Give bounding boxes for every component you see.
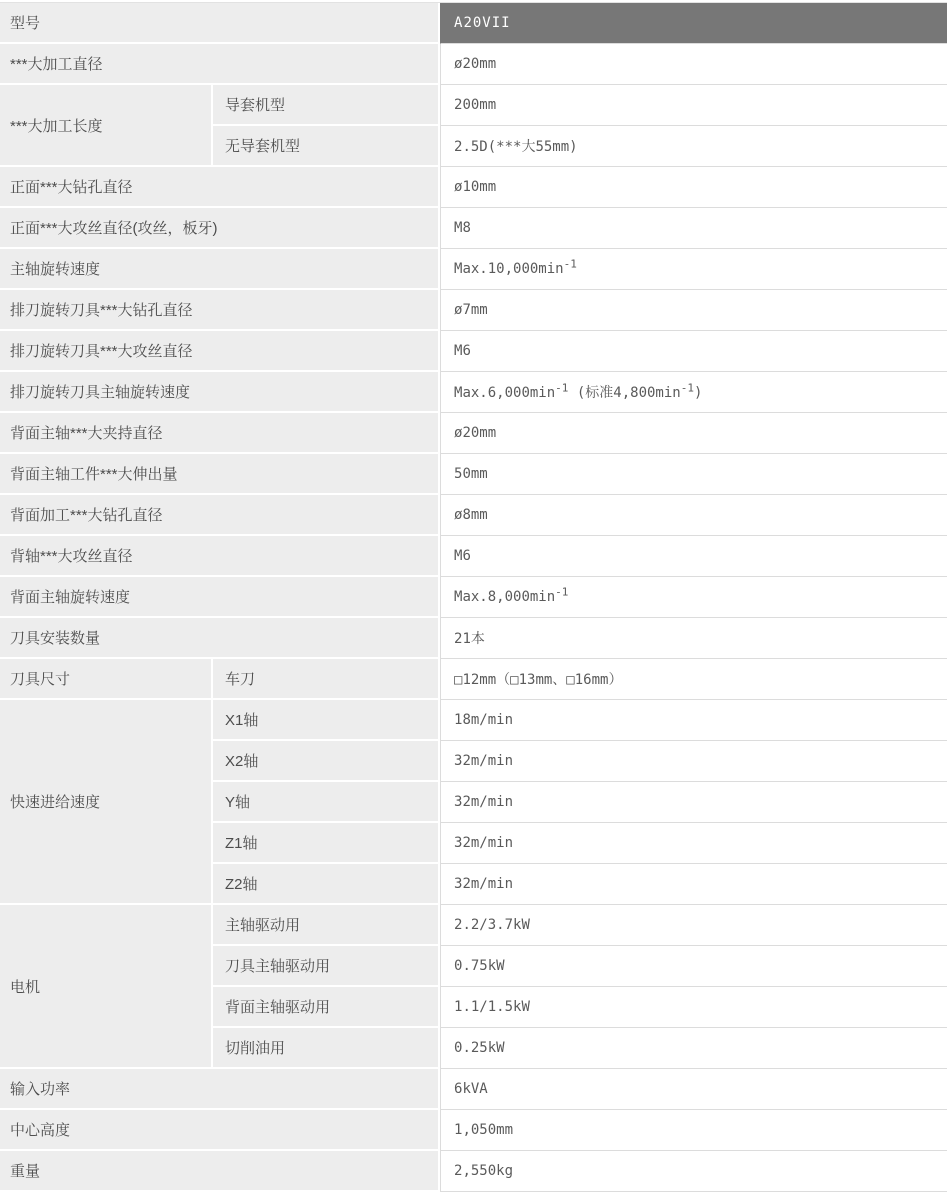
row-value: 32m/min — [440, 823, 947, 864]
row-label: 背轴***大攻丝直径 — [0, 536, 440, 577]
table-row: 正面***大钻孔直径ø10mm — [0, 167, 947, 208]
row-label: ***大加工直径 — [0, 44, 440, 85]
row-value: □12mm（□13mm、□16mm） — [440, 659, 947, 700]
spec-table: 型号A20VII***大加工直径ø20mm***大加工长度导套机型200mm无导… — [0, 2, 947, 1192]
table-row: 排刀旋转刀具主轴旋转速度Max.6,000min-1 (标准4,800min-1… — [0, 372, 947, 413]
row-label: 正面***大攻丝直径(攻丝，板牙) — [0, 208, 440, 249]
table-row: 背轴***大攻丝直径M6 — [0, 536, 947, 577]
row-label: 排刀旋转刀具***大钻孔直径 — [0, 290, 440, 331]
table-row: 主轴旋转速度Max.10,000min-1 — [0, 249, 947, 290]
model-row: 型号A20VII — [0, 3, 947, 44]
row-value: 2.5D(***大55mm) — [440, 126, 947, 167]
row-value: Max.8,000min-1 — [440, 577, 947, 618]
row-label: 背面主轴旋转速度 — [0, 577, 440, 618]
row-value: ø7mm — [440, 290, 947, 331]
row-value: 2.2/3.7kW — [440, 905, 947, 946]
row-label: 刀具安装数量 — [0, 618, 440, 659]
row-sub-label: 刀具主轴驱动用 — [213, 946, 440, 987]
row-value: 32m/min — [440, 741, 947, 782]
table-row: 正面***大攻丝直径(攻丝，板牙)M8 — [0, 208, 947, 249]
row-sub-label: 切削油用 — [213, 1028, 440, 1069]
table-subrow: 快速进给速度X1轴18m/min — [0, 700, 947, 741]
table-row: 中心高度1,050mm — [0, 1110, 947, 1151]
table-subrow: 电机主轴驱动用2.2/3.7kW — [0, 905, 947, 946]
row-sub-label: Z2轴 — [213, 864, 440, 905]
row-group-label: 电机 — [0, 905, 213, 1069]
row-value: ø10mm — [440, 167, 947, 208]
row-value: 1,050mm — [440, 1110, 947, 1151]
row-label: 排刀旋转刀具***大攻丝直径 — [0, 331, 440, 372]
row-label: 背面主轴***大夹持直径 — [0, 413, 440, 454]
row-label: 背面加工***大钻孔直径 — [0, 495, 440, 536]
row-value: Max.10,000min-1 — [440, 249, 947, 290]
row-label: 背面主轴工件***大伸出量 — [0, 454, 440, 495]
row-value: Max.6,000min-1 (标准4,800min-1) — [440, 372, 947, 413]
row-sub-label: X1轴 — [213, 700, 440, 741]
row-label: 正面***大钻孔直径 — [0, 167, 440, 208]
table-row: 背面主轴工件***大伸出量50mm — [0, 454, 947, 495]
row-value: 6kVA — [440, 1069, 947, 1110]
row-sub-label: X2轴 — [213, 741, 440, 782]
spec-table-body: 型号A20VII***大加工直径ø20mm***大加工长度导套机型200mm无导… — [0, 3, 947, 1192]
row-value: M8 — [440, 208, 947, 249]
row-label: 中心高度 — [0, 1110, 440, 1151]
row-value: 32m/min — [440, 864, 947, 905]
row-sub-label: 无导套机型 — [213, 126, 440, 167]
row-value: 0.25kW — [440, 1028, 947, 1069]
row-value: ø8mm — [440, 495, 947, 536]
row-value: 21本 — [440, 618, 947, 659]
row-value: ø20mm — [440, 44, 947, 85]
row-sub-label: 主轴驱动用 — [213, 905, 440, 946]
model-label: 型号 — [0, 3, 440, 44]
row-label: 重量 — [0, 1151, 440, 1192]
row-value: 2,550kg — [440, 1151, 947, 1192]
row-group-label: ***大加工长度 — [0, 85, 213, 167]
table-subrow: ***大加工长度导套机型200mm — [0, 85, 947, 126]
row-value: 50mm — [440, 454, 947, 495]
table-row: 背面加工***大钻孔直径ø8mm — [0, 495, 947, 536]
table-row: 输入功率6kVA — [0, 1069, 947, 1110]
table-row: 重量2,550kg — [0, 1151, 947, 1192]
row-label: 输入功率 — [0, 1069, 440, 1110]
row-value: 32m/min — [440, 782, 947, 823]
row-sub-label: 导套机型 — [213, 85, 440, 126]
row-value: 18m/min — [440, 700, 947, 741]
row-group-label: 快速进给速度 — [0, 700, 213, 905]
model-value: A20VII — [440, 3, 947, 44]
row-value: 1.1/1.5kW — [440, 987, 947, 1028]
row-group-label: 刀具尺寸 — [0, 659, 213, 700]
row-label: 排刀旋转刀具主轴旋转速度 — [0, 372, 440, 413]
table-row: 背面主轴旋转速度Max.8,000min-1 — [0, 577, 947, 618]
row-value: M6 — [440, 331, 947, 372]
row-label: 主轴旋转速度 — [0, 249, 440, 290]
table-row: ***大加工直径ø20mm — [0, 44, 947, 85]
row-value: M6 — [440, 536, 947, 577]
row-value: 200mm — [440, 85, 947, 126]
row-sub-label: 背面主轴驱动用 — [213, 987, 440, 1028]
table-row: 刀具安装数量21本 — [0, 618, 947, 659]
row-value: 0.75kW — [440, 946, 947, 987]
row-sub-label: Z1轴 — [213, 823, 440, 864]
row-sub-label: Y轴 — [213, 782, 440, 823]
row-sub-label: 车刀 — [213, 659, 440, 700]
table-row: 背面主轴***大夹持直径ø20mm — [0, 413, 947, 454]
table-subrow: 刀具尺寸车刀□12mm（□13mm、□16mm） — [0, 659, 947, 700]
row-value: ø20mm — [440, 413, 947, 454]
table-row: 排刀旋转刀具***大攻丝直径M6 — [0, 331, 947, 372]
table-row: 排刀旋转刀具***大钻孔直径ø7mm — [0, 290, 947, 331]
